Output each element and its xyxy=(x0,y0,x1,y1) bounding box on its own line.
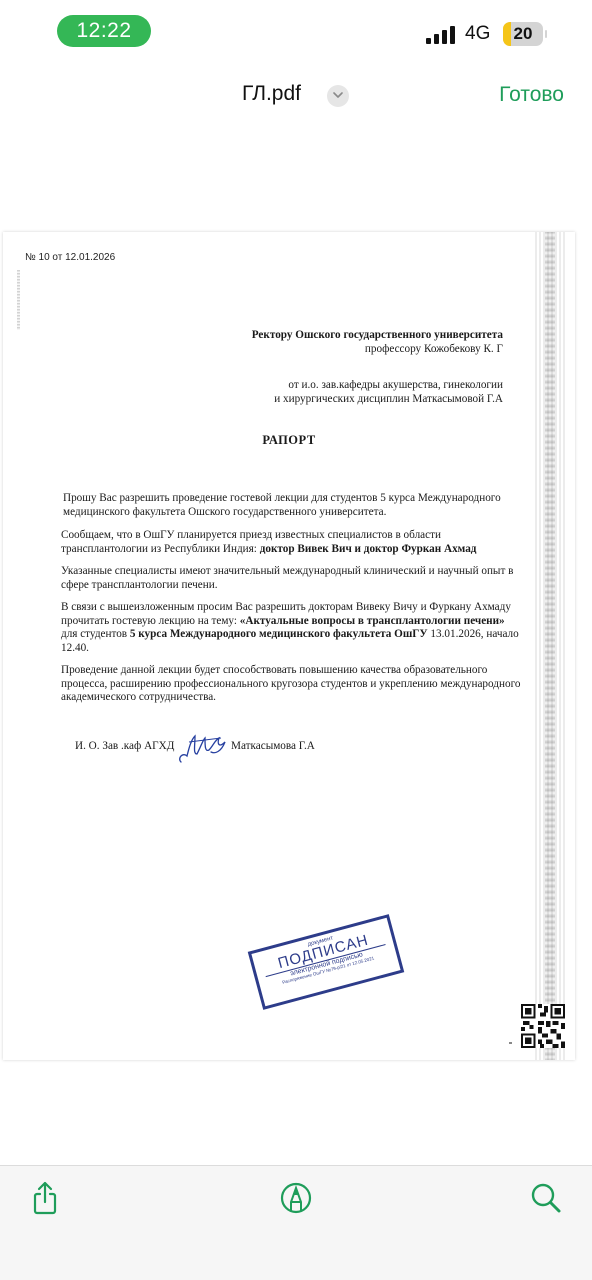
search-icon xyxy=(528,1180,564,1216)
done-button[interactable]: Готово xyxy=(499,83,564,107)
markup-pen-icon xyxy=(278,1180,314,1216)
document-heading: РАПОРТ xyxy=(3,433,575,448)
status-time[interactable]: 12:22 xyxy=(57,15,151,47)
addressee-line: Ректору Ошского государственного универс… xyxy=(252,328,503,342)
pdf-page: № 10 от 12.01.2026 Ректору Ошского госуд… xyxy=(3,232,575,1060)
sender-line: и хирургических дисциплин Маткасымовой Г… xyxy=(274,392,503,406)
bottom-toolbar xyxy=(0,1165,592,1280)
nav-bar: ГЛ.pdf Готово xyxy=(0,70,592,122)
scan-artifact xyxy=(545,232,555,1060)
cellular-signal-icon xyxy=(426,26,456,44)
chevron-down-icon xyxy=(333,92,343,99)
e-signature-stamp: документ ПОДПИСАН электронной подписью Р… xyxy=(248,914,405,1010)
paragraph-text: для студентов xyxy=(61,628,130,640)
lecture-topic: «Актуальные вопросы в трансплантологии п… xyxy=(240,615,505,627)
battery-tip xyxy=(545,30,547,38)
addressee-block: Ректору Ошского государственного универс… xyxy=(252,328,503,356)
document-title[interactable]: ГЛ.pdf xyxy=(242,82,301,106)
share-button[interactable] xyxy=(28,1180,64,1216)
status-bar: 12:22 4G 20 xyxy=(0,0,592,62)
paragraph-specialists: Сообщаем, что в ОшГУ планируется приезд … xyxy=(61,529,521,556)
share-icon xyxy=(28,1180,64,1216)
addressee-line: профессору Кожобекову К. Г xyxy=(252,342,503,356)
signature-title: И. О. Зав .каф АГХД xyxy=(75,740,174,752)
battery-icon: 20 xyxy=(503,22,543,46)
paragraph-bold-text: доктор Вивек Вич и доктор Фуркан Ахмад xyxy=(260,543,477,555)
sender-block: от и.о. зав.кафедры акушерства, гинеколо… xyxy=(274,378,503,406)
pdf-viewer[interactable]: № 10 от 12.01.2026 Ректору Ошского госуд… xyxy=(0,122,592,1165)
battery-level: 20 xyxy=(503,22,543,46)
paragraph-experience: Указанные специалисты имеют значительный… xyxy=(61,565,521,592)
markup-button[interactable] xyxy=(278,1180,314,1216)
signature-icon xyxy=(175,732,231,766)
paragraph-bold-text: 5 курса Международного медицинского факу… xyxy=(130,628,428,640)
paragraph-request: Прошу Вас разрешить проведение гостевой … xyxy=(63,492,523,519)
document-number: № 10 от 12.01.2026 xyxy=(25,252,115,263)
network-type: 4G xyxy=(465,23,490,45)
paragraph-lecture: В связи с вышеизложенным просим Вас разр… xyxy=(61,601,521,655)
qr-code-icon xyxy=(521,1004,565,1048)
paragraph-benefits: Проведение данной лекции будет способств… xyxy=(61,664,521,705)
scan-artifact xyxy=(509,1042,512,1044)
signature-name: Маткасымова Г.А xyxy=(231,740,315,752)
sender-line: от и.о. зав.кафедры акушерства, гинеколо… xyxy=(274,378,503,392)
search-button[interactable] xyxy=(528,1180,564,1216)
scan-artifact xyxy=(17,270,20,330)
title-menu-button[interactable] xyxy=(327,85,349,107)
